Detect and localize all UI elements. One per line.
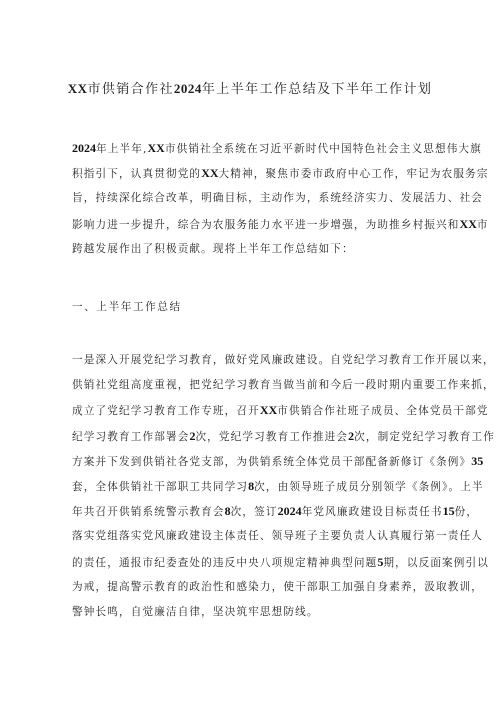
paragraph-line: 供销社党组高度重视，把党纪学习教育当做当前和今后一段时期内重要工作来抓， bbox=[72, 373, 430, 398]
text-run: 次，由领导班子成员分别领学《条例》。上半 bbox=[254, 481, 484, 493]
text-run: 方案并下发到供销社各党支部，为供销系统全体党员干部配备新修订《条例》 bbox=[72, 456, 471, 468]
bold-placeholder: XX bbox=[260, 403, 277, 417]
text-run: 次，党纪学习教育工作推进会 bbox=[195, 431, 348, 443]
text-run: 纪学习教育工作部署会 bbox=[72, 431, 189, 443]
title-year: 2024 bbox=[174, 81, 202, 96]
text-run: 市 bbox=[477, 219, 489, 231]
paragraph-line: 方案并下发到供销社各党支部，为供销系统全体党员干部配备新修订《条例》35 bbox=[72, 449, 430, 474]
text-run: 积指引下，认真贯彻党的 bbox=[72, 168, 201, 180]
paragraph-line: 影响力进一步提升，综合为农服务能力水平进一步增强，为助推乡村振兴和XX市 bbox=[72, 212, 430, 237]
section-paragraph: 一是深入开展党纪学习教育，做好党风廉政建设。自党纪学习教育工作开展以来， 供销社… bbox=[72, 348, 430, 625]
text-run: 落实党组落实党风廉政建设主体责任、领导班子主要负责人认真履行第一责任人 bbox=[72, 530, 483, 542]
text-run: 次，签订 bbox=[231, 506, 278, 518]
bold-number: 15 bbox=[443, 504, 455, 518]
bold-placeholder: XX bbox=[460, 217, 477, 231]
title-mid: 市供销合作社 bbox=[87, 82, 173, 97]
title-rest: 年上半年工作总结及下半年工作计划 bbox=[202, 82, 432, 97]
text-run: 跨越发展作出了积极贡献。现将上半年工作总结如下： bbox=[72, 243, 354, 255]
text-run: 年党风廉政建设目标责任书 bbox=[302, 506, 443, 518]
text-run: 份， bbox=[455, 506, 479, 518]
bold-placeholder: XX bbox=[148, 141, 165, 155]
text-run: 次，制定党纪学习教育工作 bbox=[354, 431, 495, 443]
paragraph-line: 套，全体供销社干部职工共同学习8次，由领导班子成员分别领学《条例》。上半 bbox=[72, 474, 430, 499]
document-title: XX市供销合作社2024年上半年工作总结及下半年工作计划 bbox=[0, 78, 500, 97]
paragraph-line: 跨越发展作出了积极贡献。现将上半年工作总结如下： bbox=[72, 237, 430, 262]
paragraph-line: 落实党组落实党风廉政建设主体责任、领导班子主要负责人认真履行第一责任人 bbox=[72, 524, 430, 549]
text-run: 影响力进一步提升，综合为农服务能力水平进一步增强，为助推乡村振兴和 bbox=[72, 219, 460, 231]
text-run: 市供销合作社班子成员、全体党员干部党 bbox=[277, 405, 488, 417]
text-run: 期，以反面案例引以 bbox=[383, 557, 489, 569]
document-page: XX市供销合作社2024年上半年工作总结及下半年工作计划 2024年上半年,XX… bbox=[0, 0, 500, 707]
text-run: 旨，持续深化综合改革，明确目标，主动作为，系统经济实力、发展活力、社会 bbox=[72, 192, 483, 204]
text-run: 为戒，提高警示教育的政治性和感染力，使干部职工加强自身素养，汲取教训， bbox=[72, 581, 483, 593]
paragraph-line: 纪学习教育工作部署会2次，党纪学习教育工作推进会2次，制定党纪学习教育工作 bbox=[72, 424, 430, 449]
paragraph-line: 警钟长鸣，自觉廉洁自律，坚决筑牢思想防线。 bbox=[72, 600, 430, 625]
bold-number: 2024 bbox=[72, 141, 96, 155]
text-run: 年共召开供销系统警示教育会 bbox=[72, 506, 225, 518]
text-run: 年上半年, bbox=[96, 143, 148, 155]
paragraph-line: 旨，持续深化综合改革，明确目标，主动作为，系统经济实力、发展活力、社会 bbox=[72, 186, 430, 211]
text-run: 套，全体供销社干部职工共同学习 bbox=[72, 481, 248, 493]
text-run: 一是深入开展党纪学习教育，做好党风廉政建设。自党纪学习教育工作开展以来， bbox=[72, 354, 495, 366]
text-run: 警钟长鸣，自觉廉洁自律，坚决筑牢思想防线。 bbox=[72, 606, 319, 618]
paragraph-line: 的责任，通报市纪委查处的违反中央八项规定精神典型问题5期，以反面案例引以 bbox=[72, 550, 430, 575]
bold-number: 2024 bbox=[278, 504, 302, 518]
paragraph-line: 积指引下，认真贯彻党的XX大精神，聚焦市委市政府中心工作，牢记为农服务宗 bbox=[72, 161, 430, 186]
text-run: 大精神，聚焦市委市政府中心工作，牢记为农服务宗 bbox=[219, 168, 489, 180]
text-run: 市供销社全系统在习近平新时代中国特色社会主义思想伟大旗 bbox=[165, 143, 482, 155]
paragraph-line: 年共召开供销系统警示教育会8次，签订2024年党风廉政建设目标责任书15份， bbox=[72, 499, 430, 524]
text-run: 供销社党组高度重视，把党纪学习教育当做当前和今后一段时期内重要工作来抓， bbox=[72, 379, 495, 391]
paragraph-line: 成立了党纪学习教育工作专班，召开XX市供销合作社班子成员、全体党员干部党 bbox=[72, 398, 430, 423]
text-run: 的责任，通报市纪委查处的违反中央八项规定精神典型问题 bbox=[72, 557, 377, 569]
paragraph-line: 一是深入开展党纪学习教育，做好党风廉政建设。自党纪学习教育工作开展以来， bbox=[72, 348, 430, 373]
bold-placeholder: XX bbox=[201, 166, 218, 180]
text-run: 成立了党纪学习教育工作专班，召开 bbox=[72, 405, 260, 417]
paragraph-line: 为戒，提高警示教育的政治性和感染力，使干部职工加强自身素养，汲取教训， bbox=[72, 575, 430, 600]
section-heading: 一、上半年工作总结 bbox=[72, 299, 182, 314]
intro-paragraph: 2024年上半年,XX市供销社全系统在习近平新时代中国特色社会主义思想伟大旗 积… bbox=[72, 136, 430, 262]
title-prefix: XX bbox=[68, 81, 88, 96]
bold-number: 35 bbox=[471, 454, 483, 468]
paragraph-line: 2024年上半年,XX市供销社全系统在习近平新时代中国特色社会主义思想伟大旗 bbox=[72, 136, 430, 161]
